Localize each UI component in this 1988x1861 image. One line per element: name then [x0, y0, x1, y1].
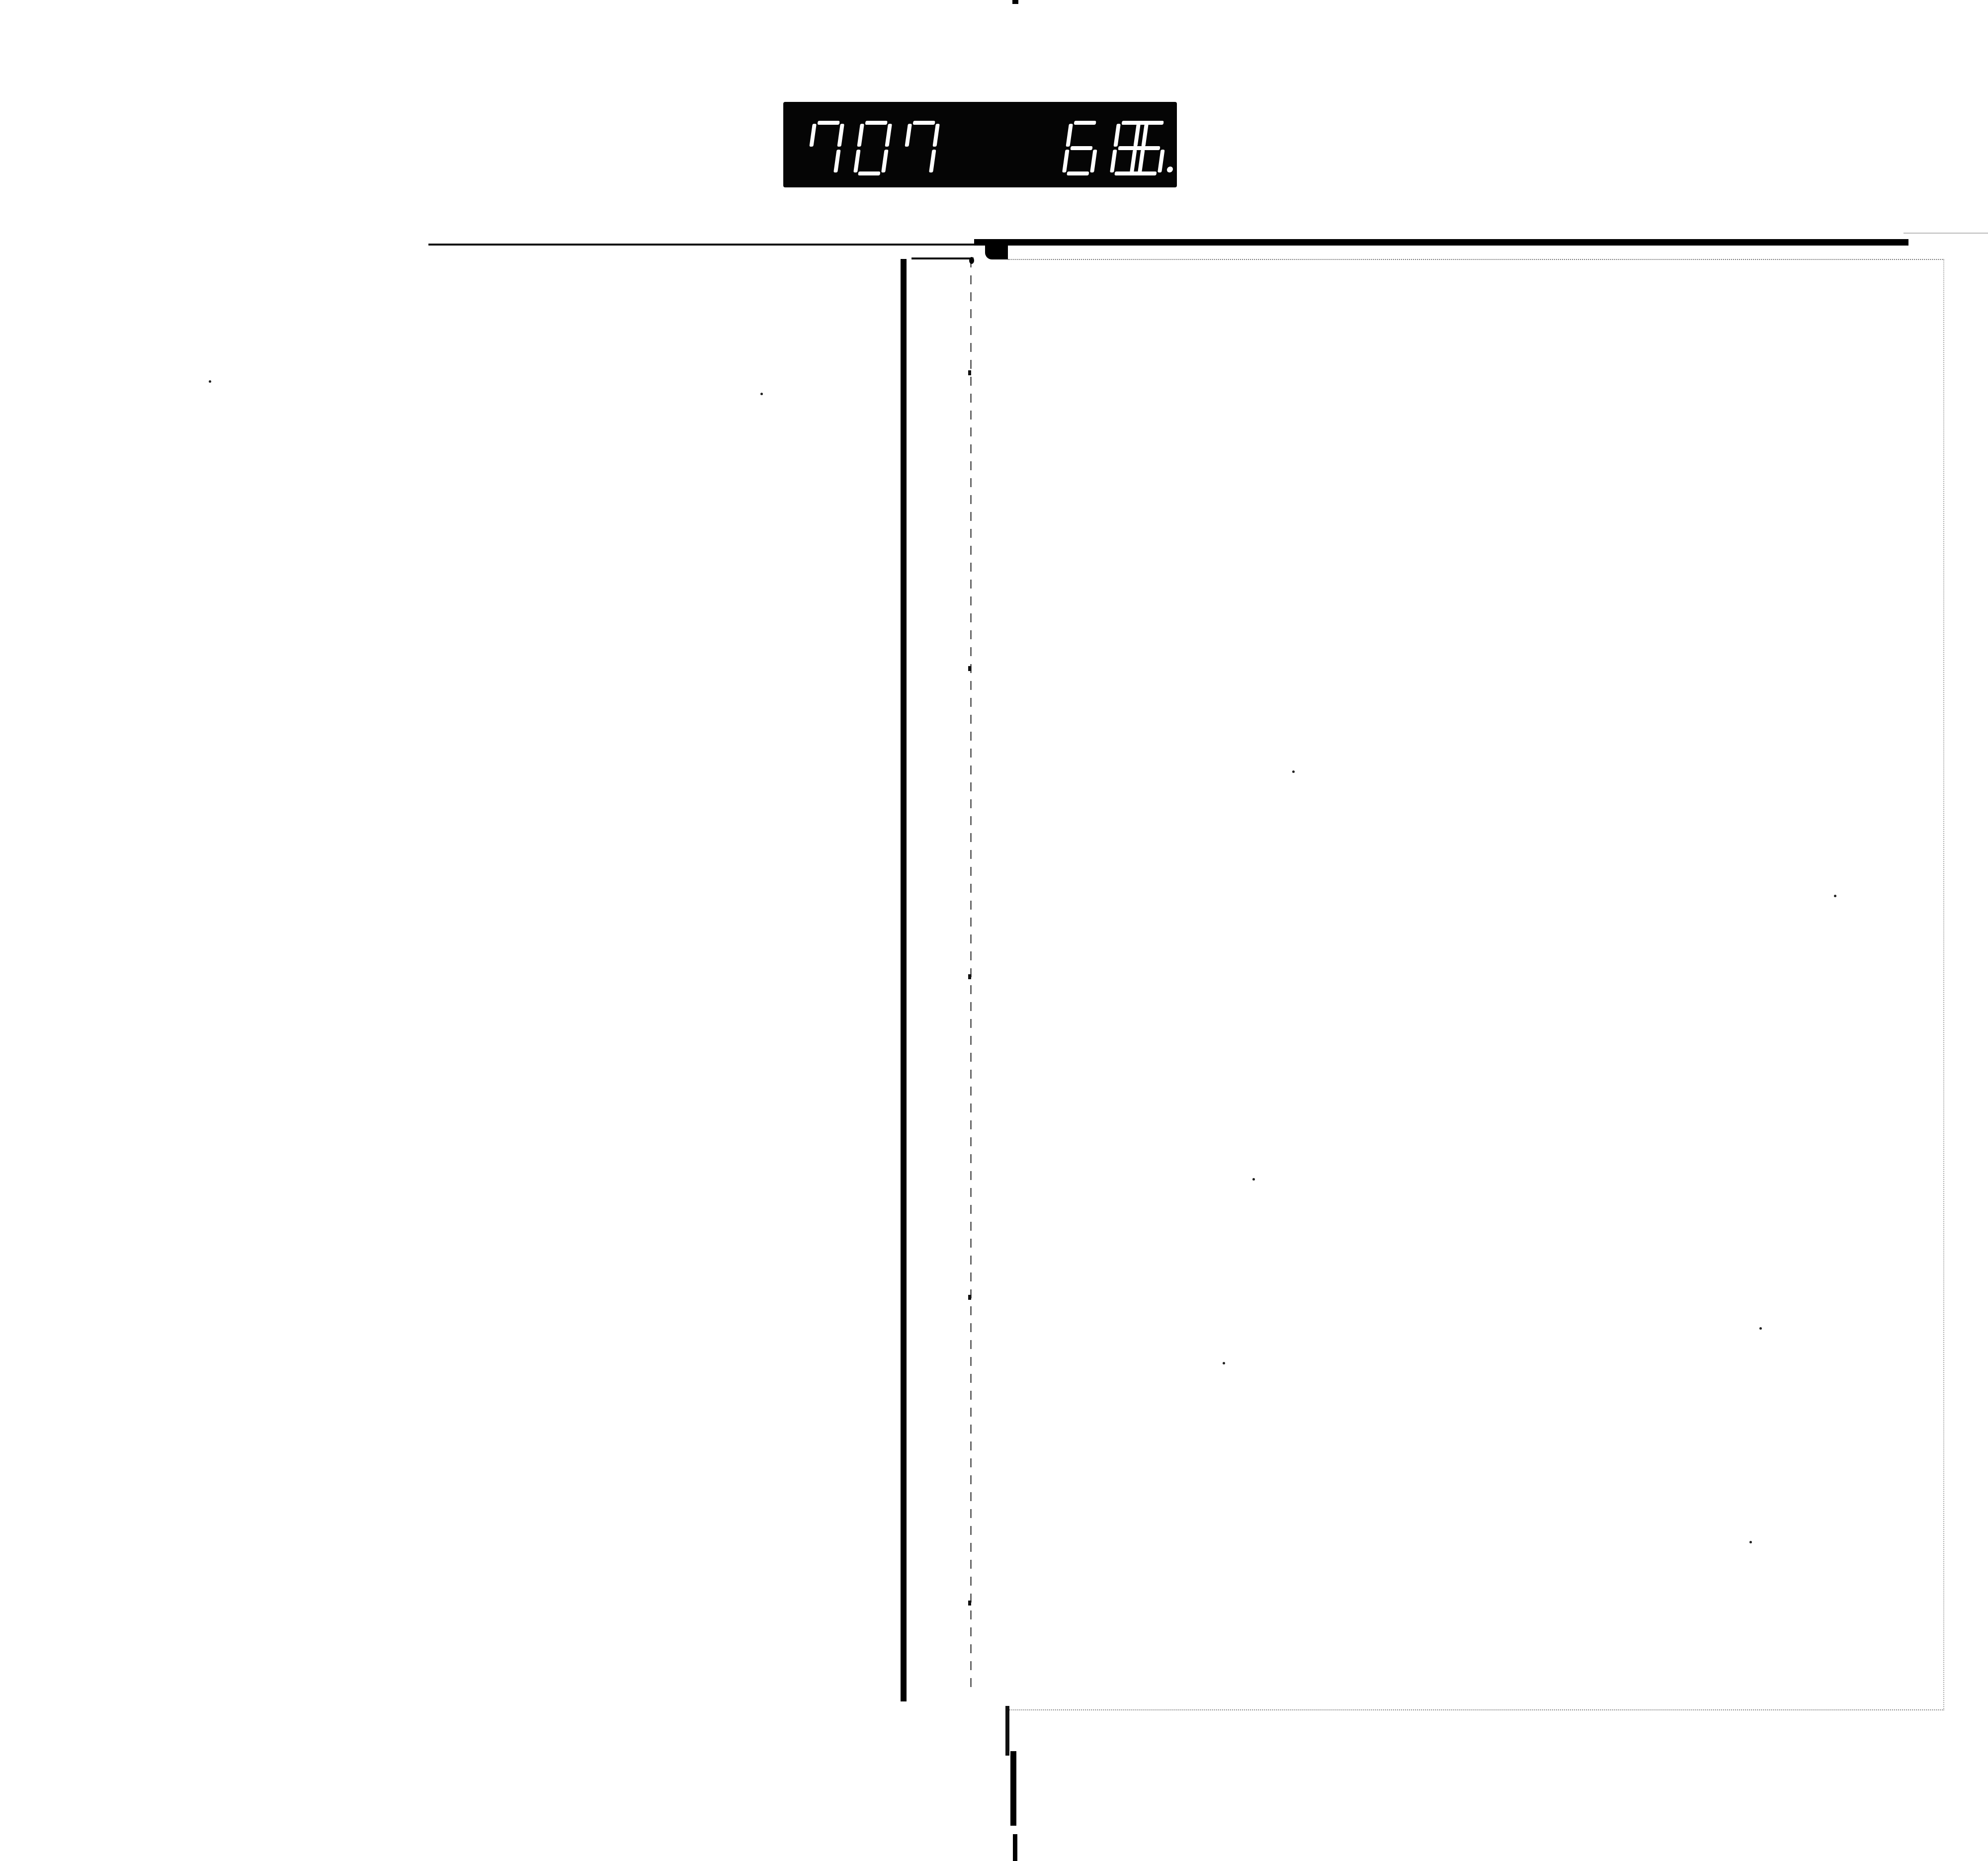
- noise-speck: [1834, 895, 1836, 897]
- segment-a: [1074, 121, 1096, 125]
- segment-e: [1110, 150, 1117, 172]
- frame-left-edge: [901, 259, 907, 1701]
- noise-speck: [1749, 1541, 1752, 1543]
- segment-g: [1138, 146, 1160, 150]
- support-post-middle: [1010, 1751, 1016, 1826]
- segment-c: [929, 150, 936, 172]
- digit-6: [1062, 121, 1101, 175]
- segment-a: [913, 121, 935, 125]
- noise-speck: [1759, 1327, 1762, 1330]
- display-digits: [783, 102, 1177, 187]
- noise-speck: [1292, 770, 1295, 773]
- segment-f: [809, 124, 816, 147]
- digit-0: [853, 121, 892, 175]
- segment-f: [1113, 124, 1120, 147]
- decimal-point: [1166, 167, 1173, 172]
- shelf-rail-right: [974, 239, 1908, 246]
- segment-a: [865, 121, 888, 125]
- segment-c: [1090, 150, 1097, 172]
- support-post-lower: [1013, 1834, 1017, 1861]
- edge-mark: [968, 974, 971, 979]
- segment-b: [932, 124, 939, 147]
- frame-corner-knob: [969, 257, 974, 264]
- segment-a: [818, 121, 840, 125]
- digit-7: [901, 121, 940, 175]
- segment-c: [1158, 150, 1164, 172]
- segment-e: [1062, 150, 1069, 172]
- segment-f: [905, 124, 911, 147]
- segment-d: [1067, 171, 1089, 175]
- segment-d: [1134, 171, 1157, 175]
- shelf-rail-end: [1904, 233, 1988, 234]
- segment-g: [1070, 146, 1092, 150]
- edge-mark: [968, 1601, 971, 1606]
- frame-top-edge: [911, 257, 974, 259]
- noise-speck: [760, 393, 763, 395]
- digit-7: [805, 121, 844, 175]
- segment-d: [858, 171, 880, 175]
- segment-c: [833, 150, 840, 172]
- segment-f: [857, 124, 864, 147]
- segment-b: [837, 124, 844, 147]
- noise-speck: [1223, 1362, 1225, 1364]
- segment-c: [881, 150, 888, 172]
- top-mount-stub: [1012, 0, 1018, 4]
- edge-mark: [968, 370, 971, 375]
- noise-speck: [1252, 1178, 1255, 1181]
- shelf-rail-left: [428, 244, 1025, 246]
- segment-a: [1142, 121, 1164, 125]
- edge-mark: [968, 1295, 971, 1300]
- support-post-upper: [1005, 1706, 1009, 1756]
- noise-speck: [209, 380, 211, 383]
- edge-mark: [968, 666, 971, 671]
- segment-b: [885, 124, 892, 147]
- panel-outline: [1008, 259, 1944, 1710]
- segment-e: [853, 150, 860, 172]
- shelf-rail-bracket: [985, 244, 1008, 259]
- segment-f: [1066, 124, 1073, 147]
- seven-segment-display: [783, 102, 1177, 187]
